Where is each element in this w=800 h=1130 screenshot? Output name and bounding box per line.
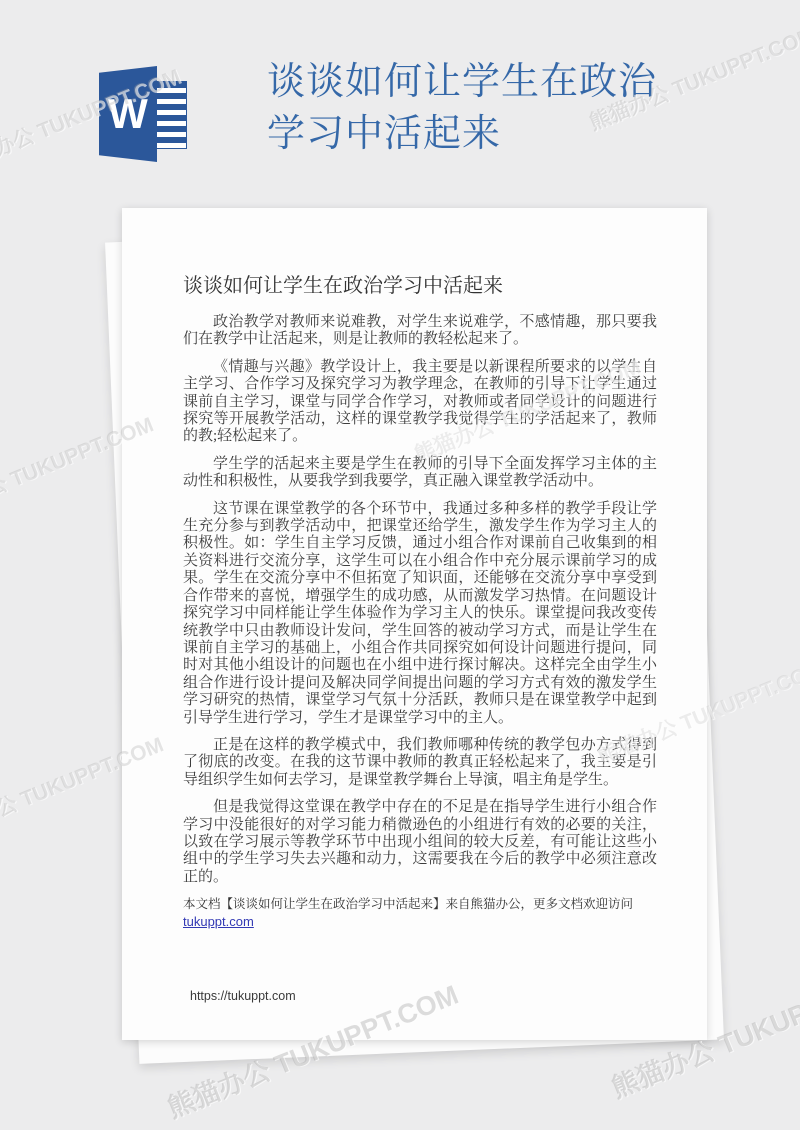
document-preview-title: 谈谈如何让学生在政治学习中活起来 (267, 56, 667, 160)
document-title: 谈谈如何让学生在政治学习中活起来 (183, 272, 657, 300)
preview-header: W 谈谈如何让学生在政治学习中活起来 (0, 0, 800, 200)
source-note: 本文档【谈谈如何让学生在政治学习中活起来】来自熊猫办公，更多文档欢迎访问 (183, 896, 657, 912)
word-icon-letter: W (108, 90, 148, 138)
page-url: https://tukuppt.com (190, 989, 296, 1003)
paragraph: 正是在这样的教学模式中，我们教师哪种传统的教学包办方式得到了彻底的改变。在我的这… (183, 737, 657, 789)
document-body: 政治教学对教师来说难教，对学生来说难学，不感情趣，那只要我们在教学中让活起来，则… (183, 314, 657, 886)
document-page: 谈谈如何让学生在政治学习中活起来 政治教学对教师来说难教，对学生来说难学，不感情… (122, 208, 707, 1040)
paragraph: 学生学的活起来主要是学生在教师的引导下全面发挥学习主体的主动性和积极性，从要我学… (183, 456, 657, 491)
word-icon-cover: W (99, 66, 157, 162)
paragraph: 《情趣与兴趣》教学设计上，我主要是以新课程所要求的以学生自主学习、合作学习及探究… (183, 359, 657, 446)
word-file-icon: W (99, 66, 187, 162)
paragraph: 这节课在课堂教学的各个环节中，我通过多种多样的教学手段让学生充分参与到教学活动中… (183, 501, 657, 727)
source-link[interactable]: tukuppt.com (183, 914, 254, 929)
paragraph: 但是我觉得这堂课在教学中存在的不足是在指导学生进行小组合作学习中没能很好的对学习… (183, 799, 657, 886)
paragraph: 政治教学对教师来说难教，对学生来说难学，不感情趣，那只要我们在教学中让活起来，则… (183, 314, 657, 349)
